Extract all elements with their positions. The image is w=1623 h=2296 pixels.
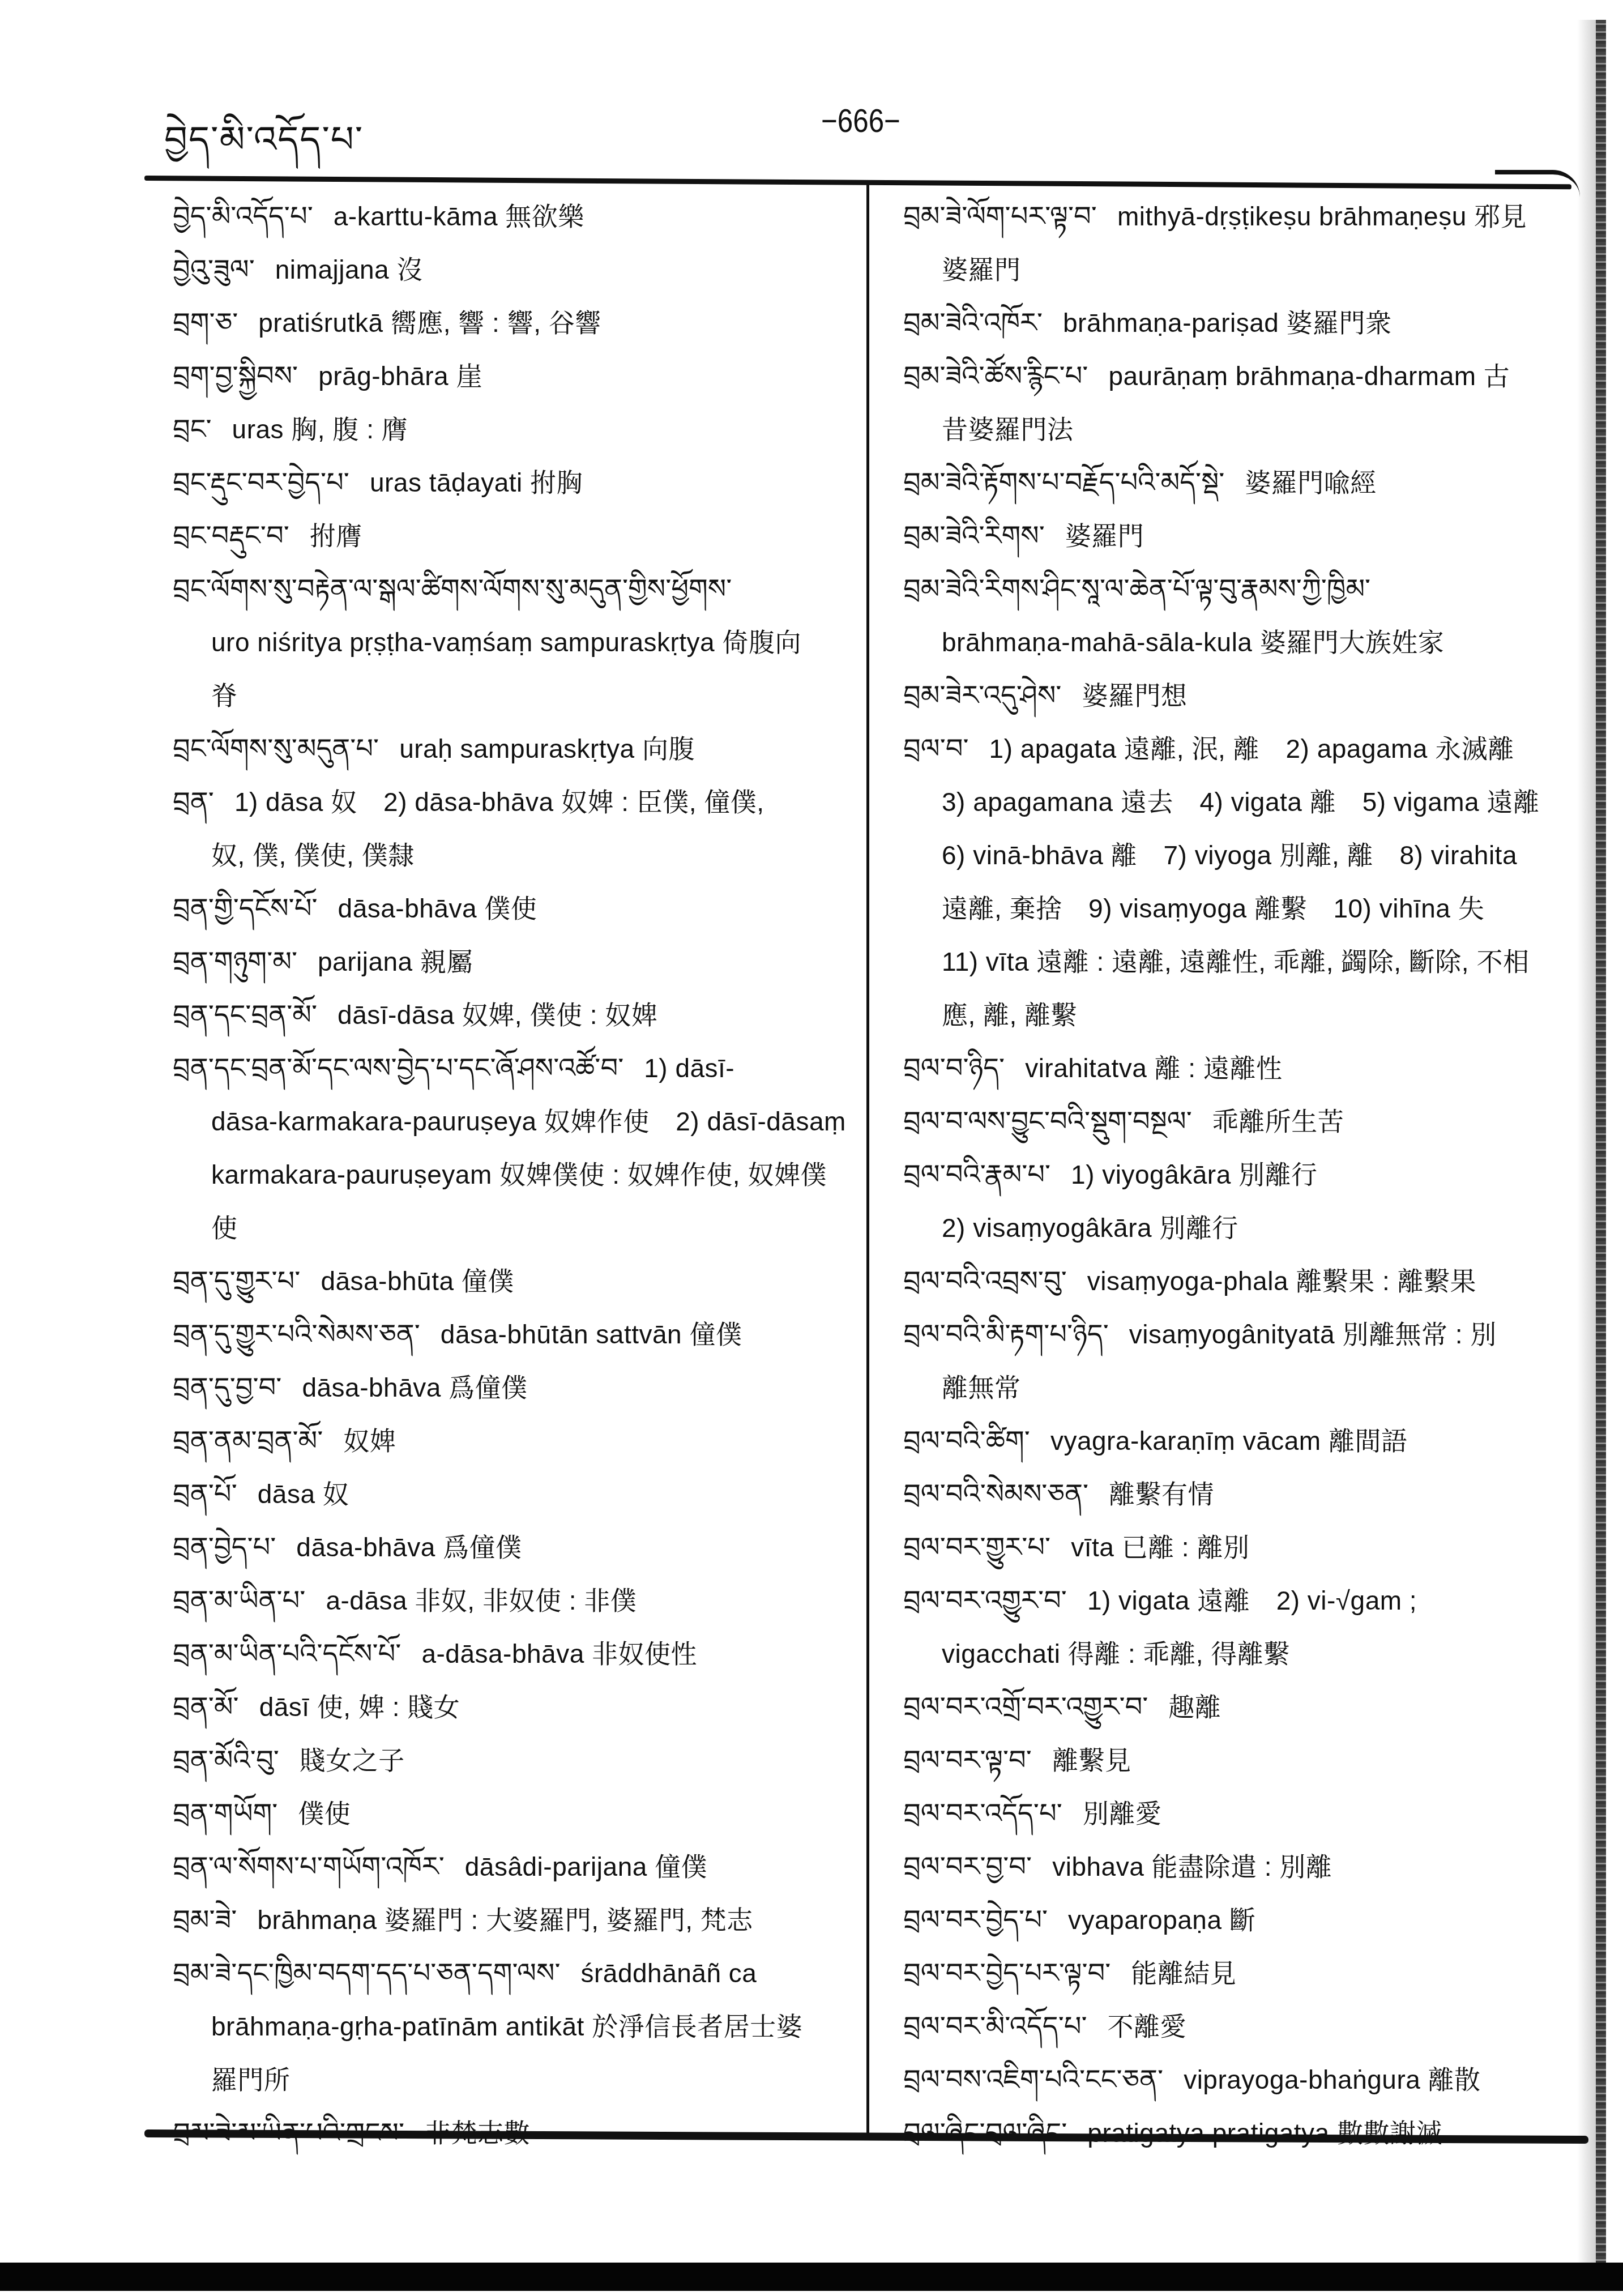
tibetan-headword: བྲང་	[173, 413, 212, 445]
tibetan-headword: བྲང་ལོགས་སུ་བརྟེན་ལ་སྒལ་ཚིགས་ལོགས་སུ་མདུ…	[173, 573, 732, 605]
entry-first-line: བྲམ་ཟེའི་རྟོགས་པ་བརྗོད་པའི་མདོ་སྡེ་婆羅門喩經	[903, 456, 1583, 509]
dictionary-entry: བྲན་ལ་སོགས་པ་གཡོག་འཁོར་dāsâdi-parijana 僮…	[173, 1840, 852, 1893]
entry-first-line: བྲན་པོ་dāsa 奴	[173, 1467, 852, 1521]
definition-text: uro niśritya pṛṣṭha-vaṃśaṃ sampuraskṛtya…	[211, 628, 801, 657]
tibetan-headword: བྲལ་བར་མི་འདོད་པ་	[903, 2011, 1087, 2042]
tibetan-headword: བྲལ་བར་འདོད་པ་	[903, 1798, 1062, 1829]
entry-continuation-line: 離無常	[903, 1361, 1583, 1414]
definition-text: mithyā-dṛṣṭikeṣu brāhmaṇeṣu 邪見	[1117, 202, 1527, 231]
definition-text: dāsâdi-parijana 僮僕	[465, 1852, 707, 1881]
entry-first-line: བྲག་བྱ་སྐྱིབས་prāg-bhāra 崖	[173, 349, 852, 403]
entry-continuation-line: 婆羅門	[903, 243, 1583, 296]
entry-continuation-line: dāsa-karmakara-pauruṣeya 奴婢作使 2) dāsī-dā…	[173, 1095, 852, 1148]
dictionary-entry: བྲན་དང་བྲན་མོ་དང་ལས་བྱེད་པ་དང་ཞོ་ཤས་འཚོ་…	[173, 1042, 852, 1254]
dictionary-entry: བྲན་དང་བྲན་མོ་dāsī-dāsa 奴婢, 僕使 : 奴婢	[173, 988, 852, 1042]
tibetan-headword: བྲན་གྱི་དངོས་པོ་	[173, 893, 318, 924]
definition-text: vyagra-karaṇīṃ vācam 離間語	[1050, 1426, 1408, 1456]
entry-first-line: བྲན་མ་ཡིན་པ་a-dāsa 非奴, 非奴使 : 非僕	[173, 1574, 852, 1627]
definition-text: karmakara-pauruṣeyam 奴婢僕使 : 奴婢作使, 奴婢僕	[211, 1160, 827, 1189]
entry-continuation-line: 昔婆羅門法	[903, 403, 1583, 456]
definition-text: 奴, 僕, 僕使, 僕隸	[211, 840, 415, 870]
tibetan-headword: བྲན་མ་ཡིན་པ་	[173, 1585, 305, 1616]
definition-text: śrāddhānāñ ca	[580, 1958, 757, 1988]
dictionary-entry: བྲན་པོ་dāsa 奴	[173, 1467, 852, 1521]
tibetan-headword: བྲམ་ཟེའི་འཁོར་	[903, 307, 1043, 339]
definition-text: 遠離, 棄捨 9) visaṃyoga 離繫 10) vihīna 失	[942, 894, 1484, 923]
entry-first-line: བྲན་ནམ་བྲན་མོ་奴婢	[173, 1414, 852, 1467]
definition-text: 1) viyogâkāra 別離行	[1071, 1160, 1317, 1189]
dictionary-entry: བྲལ་བ་ལས་བྱུང་བའི་སྡུག་བསྔལ་乖離所生苦	[903, 1095, 1583, 1148]
dictionary-entry: བྲག་ཅ་pratiśrutkā 嚮應, 響 : 響, 谷響	[173, 296, 852, 349]
entry-first-line: བྲལ་བ་1) apagata 遠離, 泯, 離 2) apagama 永滅離	[903, 722, 1583, 775]
tibetan-headword: བྲམ་ཟེ་	[173, 1904, 237, 1936]
definition-text: 乖離所生苦	[1212, 1107, 1344, 1136]
definition-text: 使	[211, 1213, 238, 1243]
dictionary-page: བྱེད་མི་འདོད་པ་ −666− བྱེད་མི་འདོད་པ་a-k…	[0, 0, 1623, 2296]
definition-text: 離繫見	[1052, 1746, 1131, 1775]
definition-text: visaṃyogânityatā 別離無常 : 別	[1129, 1320, 1497, 1349]
definition-text: 婆羅門	[942, 255, 1021, 284]
definition-text: 不離愛	[1108, 2012, 1187, 2041]
entry-first-line: བྲམ་ཟེ་brāhmaṇa 婆羅門 : 大婆羅門, 婆羅門, 梵志	[173, 1893, 852, 1947]
entry-first-line: བྲལ་བར་བྱེད་པར་ལྟ་བ་能離結見	[903, 1947, 1583, 2000]
definition-text: 脊	[211, 681, 238, 710]
definition-text: dāsa-karmakara-pauruṣeya 奴婢作使 2) dāsī-dā…	[211, 1107, 846, 1136]
entry-first-line: བྲན་དང་བྲན་མོ་dāsī-dāsa 奴婢, 僕使 : 奴婢	[173, 988, 852, 1042]
entry-first-line: བྲལ་བར་བྱ་བ་vibhava 能盡除遣 : 別離	[903, 1840, 1583, 1893]
definition-text: 婆羅門	[1065, 521, 1144, 550]
definition-text: 離無常	[942, 1373, 1021, 1402]
entry-first-line: བྲལ་བས་འཇིག་པའི་ངང་ཅན་viprayoga-bhaṅgura…	[903, 2053, 1583, 2106]
tibetan-headword: བྲལ་བའི་ཚིག་	[903, 1425, 1030, 1457]
tibetan-headword: བྲལ་བའི་མི་རྟག་པ་ཉིད་	[903, 1318, 1109, 1350]
definition-text: 1) vigata 遠離 2) vi-√gam ;	[1087, 1586, 1417, 1615]
dictionary-entry: བྲན་དུ་བྱ་བ་dāsa-bhāva 爲僮僕	[173, 1361, 852, 1414]
dictionary-entry: བྲམ་ཟེའི་རིགས་婆羅門	[903, 509, 1583, 562]
page-number: −666−	[821, 102, 900, 140]
scan-edge	[1596, 20, 1606, 2263]
definition-text: 離繫有情	[1109, 1479, 1214, 1509]
tibetan-headword: བྲང་བརྡུང་བ་	[173, 520, 289, 552]
tibetan-headword: བྲམ་ཟེར་འདུ་ཤེས་	[903, 680, 1061, 711]
tibetan-headword: བྲལ་བའི་འབྲས་བུ་	[903, 1265, 1067, 1297]
tibetan-headword: བྲལ་བ་	[903, 733, 969, 765]
dictionary-entry: བྲལ་བར་བྱེད་པ་vyaparopaṇa 斷	[903, 1893, 1583, 1947]
definition-text: brāhmaṇa-mahā-sāla-kula 婆羅門大族姓家	[942, 628, 1444, 657]
entry-continuation-line: 脊	[173, 669, 852, 722]
tibetan-headword: བྱེའུ་ཟུལ་	[173, 254, 255, 285]
entry-first-line: བྲན་དང་བྲན་མོ་དང་ལས་བྱེད་པ་དང་ཞོ་ཤས་འཚོ་…	[173, 1042, 852, 1095]
dictionary-entry: བྱེའུ་ཟུལ་nimajjana 沒	[173, 243, 852, 296]
tibetan-headword: བྲལ་བར་བྱེད་པར་ལྟ་བ་	[903, 1957, 1111, 1989]
definition-text: vyaparopaṇa 斷	[1068, 1905, 1255, 1935]
entry-first-line: བྲམ་ཟེའི་ཚོས་རྙིང་པ་paurāṇaṃ brāhmaṇa-dh…	[903, 349, 1583, 403]
definition-text: uras 胸, 腹 : 膺	[232, 415, 408, 444]
entry-first-line: བྲང་uras 胸, 腹 : 膺	[173, 403, 852, 456]
dictionary-entry: བྲལ་བར་འགྲོ་བར་འགྱུར་བ་趣離	[903, 1680, 1583, 1734]
tibetan-headword: བྲན་པོ་	[173, 1478, 237, 1510]
dictionary-entry: བྱེད་མི་འདོད་པ་a-karttu-kāma 無欲樂	[173, 190, 852, 243]
dictionary-entry: བྲལ་བའི་མི་རྟག་པ་ཉིད་visaṃyogânityatā 別離…	[903, 1308, 1583, 1414]
entry-first-line: བྲན་བྱེད་པ་dāsa-bhāva 爲僮僕	[173, 1521, 852, 1574]
entry-continuation-line: 羅門所	[173, 2053, 852, 2106]
definition-text: dāsa 奴	[258, 1479, 349, 1509]
tibetan-headword: བྱེད་མི་འདོད་པ་	[173, 200, 313, 232]
left-column: བྱེད་མི་འདོད་པ་a-karttu-kāma 無欲樂བྱེའུ་ཟུ…	[173, 190, 852, 2160]
definition-text: pratiśrutkā 嚮應, 響 : 響, 谷響	[258, 308, 601, 338]
entry-first-line: བྲང་ལོགས་སུ་བརྟེན་ལ་སྒལ་ཚིགས་ལོགས་སུ་མདུ…	[173, 562, 852, 616]
dictionary-entry: བྲམ་ཟེར་འདུ་ཤེས་婆羅門想	[903, 669, 1583, 722]
dictionary-entry: བྲམ་ཟེའི་འཁོར་brāhmaṇa-pariṣad 婆羅門衆	[903, 296, 1583, 349]
tibetan-headword: བྲན་དུ་གྱུར་པའི་སེམས་ཅན་	[173, 1318, 420, 1350]
definition-text: 11) vīta 遠離 : 遠離, 遠離性, 乖離, 蠲除, 斷除, 不相	[942, 947, 1529, 976]
entry-first-line: བྲལ་བའི་ཚིག་vyagra-karaṇīṃ vācam 離間語	[903, 1414, 1583, 1467]
tibetan-headword: བྲན་བྱེད་པ་	[173, 1531, 276, 1563]
entry-continuation-line: vigacchati 得離 : 乖離, 得離繫	[903, 1627, 1583, 1680]
tibetan-headword: བྲལ་བར་འགྲོ་བར་འགྱུར་བ་	[903, 1691, 1148, 1723]
tibetan-headword: བྲལ་བས་འཇིག་པའི་ངང་ཅན་	[903, 2064, 1163, 2096]
definition-text: dāsī-dāsa 奴婢, 僕使 : 奴婢	[338, 1000, 657, 1030]
dictionary-entry: བྲམ་ཟེ་དང་ཁྱིམ་བདག་དད་པ་ཅན་དག་ལས་śrāddhā…	[173, 1947, 852, 2106]
definition-text: 奴婢	[343, 1426, 396, 1456]
dictionary-entry: བྲང་uras 胸, 腹 : 膺	[173, 403, 852, 456]
entry-first-line: བྲལ་བར་མི་འདོད་པ་不離愛	[903, 2000, 1583, 2053]
definition-text: dāsa-bhūtān sattvān 僮僕	[441, 1320, 742, 1349]
definition-text: nimajjana 沒	[275, 255, 423, 284]
tibetan-headword: བྲག་ཅ་	[173, 307, 238, 339]
scan-bottom-bar	[0, 2263, 1623, 2291]
dictionary-entry: བྲན་1) dāsa 奴 2) dāsa-bhāva 奴婢 : 臣僕, 僮僕,…	[173, 775, 852, 882]
dictionary-entry: བྲང་བརྡུང་བ་拊膺	[173, 509, 852, 562]
definition-text: 賤女之子	[300, 1746, 405, 1775]
definition-text: 能離結見	[1131, 1958, 1236, 1988]
definition-text: brāhmaṇa-gṛha-patīnām antikāt 於淨信長者居士婆	[211, 2012, 802, 2041]
entry-first-line: བྲལ་བར་གྱུར་པ་vīta 已離 : 離別	[903, 1521, 1583, 1574]
definition-text: uras tāḍayati 拊胸	[370, 468, 583, 497]
dictionary-entry: བྲལ་བར་གྱུར་པ་vīta 已離 : 離別	[903, 1521, 1583, 1574]
dictionary-entry: བྲག་བྱ་སྐྱིབས་prāg-bhāra 崖	[173, 349, 852, 403]
definition-text: a-karttu-kāma 無欲樂	[334, 202, 584, 231]
right-column: བྲམ་ཟེ་ལོག་པར་ལྟ་བ་mithyā-dṛṣṭikeṣu brāh…	[903, 190, 1583, 2160]
entry-continuation-line: uro niśritya pṛṣṭha-vaṃśaṃ sampuraskṛtya…	[173, 616, 852, 669]
tibetan-headword: བྲམ་ཟེ་ལོག་པར་ལྟ་བ་	[903, 200, 1097, 232]
tibetan-headword: བྲན་དུ་གྱུར་པ་	[173, 1265, 300, 1297]
entry-first-line: བྲང་བརྡུང་བ་拊膺	[173, 509, 852, 562]
dictionary-entry: བྲན་མོའི་བུ་賤女之子	[173, 1734, 852, 1787]
dictionary-entry: བྲལ་བར་ལྟ་བ་離繫見	[903, 1734, 1583, 1787]
tibetan-headword: བྲམ་ཟེའི་རིགས་	[903, 520, 1045, 552]
entry-continuation-line: brāhmaṇa-mahā-sāla-kula 婆羅門大族姓家	[903, 616, 1583, 669]
tibetan-headword: བྲང་རྡུང་བར་བྱེད་པ་	[173, 467, 349, 498]
definition-text: 1) apagata 遠離, 泯, 離 2) apagama 永滅離	[989, 734, 1514, 763]
definition-text: 僕使	[298, 1799, 351, 1828]
tibetan-headword: བྲག་བྱ་སྐྱིབས་	[173, 360, 298, 392]
dictionary-entry: བྲན་མ་ཡིན་པ་a-dāsa 非奴, 非奴使 : 非僕	[173, 1574, 852, 1627]
entry-continuation-line: 2) visaṃyogâkāra 別離行	[903, 1201, 1583, 1254]
definition-text: 拊膺	[310, 521, 362, 550]
dictionary-entry: བྲན་གཉུག་མ་parijana 親屬	[173, 935, 852, 988]
dictionary-entry: བྲལ་བའི་འབྲས་བུ་visaṃyoga-phala 離繫果 : 離繫…	[903, 1254, 1583, 1308]
tibetan-headword: བྲན་གཡོག་	[173, 1798, 277, 1829]
definition-text: 1) dāsa 奴 2) dāsa-bhāva 奴婢 : 臣僕, 僮僕,	[234, 787, 764, 817]
entry-first-line: བྲལ་བ་ཉིད་virahitatva 離 : 遠離性	[903, 1042, 1583, 1095]
dictionary-entry: བྲན་མ་ཡིན་པའི་དངོས་པོ་a-dāsa-bhāva 非奴使性	[173, 1627, 852, 1680]
entry-first-line: བྲན་གཡོག་僕使	[173, 1787, 852, 1840]
definition-text: dāsa-bhāva 爲僮僕	[296, 1533, 522, 1562]
tibetan-headword: བྲལ་བ་ཉིད་	[903, 1052, 1005, 1084]
entry-first-line: བྱེད་མི་འདོད་པ་a-karttu-kāma 無欲樂	[173, 190, 852, 243]
definition-text: 應, 離, 離繫	[942, 1000, 1077, 1030]
dictionary-entry: བྲལ་བར་མི་འདོད་པ་不離愛	[903, 2000, 1583, 2053]
entry-first-line: བྲལ་བའི་མི་རྟག་པ་ཉིད་visaṃyogânityatā 別離…	[903, 1308, 1583, 1361]
definition-text: a-dāsa 非奴, 非奴使 : 非僕	[326, 1586, 637, 1615]
column-divider	[866, 181, 869, 2135]
definition-text: 羅門所	[211, 2065, 291, 2094]
definition-text: brāhmaṇa-pariṣad 婆羅門衆	[1063, 308, 1392, 338]
entry-first-line: བྲན་མོའི་བུ་賤女之子	[173, 1734, 852, 1787]
entry-continuation-line: 使	[173, 1201, 852, 1254]
dictionary-entry: བྲལ་བ་ཉིད་virahitatva 離 : 遠離性	[903, 1042, 1583, 1095]
entry-first-line: བྲན་གཉུག་མ་parijana 親屬	[173, 935, 852, 988]
dictionary-entry: བྲམ་ཟེ་brāhmaṇa 婆羅門 : 大婆羅門, 婆羅門, 梵志	[173, 1893, 852, 1947]
dictionary-entry: བྲན་དུ་གྱུར་པའི་སེམས་ཅན་dāsa-bhūtān satt…	[173, 1308, 852, 1361]
tibetan-headword: བྲན་མོའི་བུ་	[173, 1744, 279, 1776]
dictionary-entry: བྲང་ལོགས་སུ་མདུན་པ་uraḥ sampuraskṛtya 向腹	[173, 722, 852, 775]
entry-first-line: བྲམ་ཟེའི་རིགས་ཤིང་སཱ་ལ་ཆེན་པོ་ལྟ་བུ་རྣམས…	[903, 562, 1583, 616]
definition-text: paurāṇaṃ brāhmaṇa-dharmam 古	[1108, 361, 1510, 391]
definition-text: 6) vinā-bhāva 離 7) viyoga 別離, 離 8) virah…	[942, 840, 1517, 870]
tibetan-headword: བྲལ་བར་ལྟ་བ་	[903, 1744, 1032, 1776]
entry-first-line: བྲམ་ཟེའི་རིགས་婆羅門	[903, 509, 1583, 562]
dictionary-entry: བྲན་གྱི་དངོས་པོ་dāsa-bhāva 僕使	[173, 882, 852, 935]
definition-text: prāg-bhāra 崖	[318, 361, 482, 391]
dictionary-entry: བྲལ་བར་འགྱུར་བ་1) vigata 遠離 2) vi-√gam ;…	[903, 1574, 1583, 1680]
definition-text: uraḥ sampuraskṛtya 向腹	[399, 734, 695, 763]
dictionary-entry: བྲམ་ཟེའི་རྟོགས་པ་བརྗོད་པའི་མདོ་སྡེ་婆羅門喩經	[903, 456, 1583, 509]
definition-text: 2) visaṃyogâkāra 別離行	[942, 1213, 1238, 1243]
dictionary-entry: བྲམ་ཟེའི་ཚོས་རྙིང་པ་paurāṇaṃ brāhmaṇa-dh…	[903, 349, 1583, 456]
definition-text: a-dāsa-bhāva 非奴使性	[421, 1639, 697, 1668]
tibetan-headword: བྲན་དང་བྲན་མོ་	[173, 999, 317, 1031]
tibetan-headword: བྲལ་བར་གྱུར་པ་	[903, 1531, 1050, 1563]
tibetan-headword: བྲམ་ཟེ་དང་ཁྱིམ་བདག་དད་པ་ཅན་དག་ལས་	[173, 1957, 560, 1989]
entry-first-line: བྲན་གྱི་དངོས་པོ་dāsa-bhāva 僕使	[173, 882, 852, 935]
entry-first-line: བྲལ་བར་བྱེད་པ་vyaparopaṇa 斷	[903, 1893, 1583, 1947]
tibetan-headword: བྲན་	[173, 786, 214, 818]
entry-first-line: བྲན་མ་ཡིན་པའི་དངོས་པོ་a-dāsa-bhāva 非奴使性	[173, 1627, 852, 1680]
dictionary-entry: བྲན་གཡོག་僕使	[173, 1787, 852, 1840]
tibetan-headword: བྲན་ལ་སོགས་པ་གཡོག་འཁོར་	[173, 1851, 445, 1883]
entry-first-line: བྲང་ལོགས་སུ་མདུན་པ་uraḥ sampuraskṛtya 向腹	[173, 722, 852, 775]
entry-first-line: བྲམ་ཟེ་དང་ཁྱིམ་བདག་དད་པ་ཅན་དག་ལས་śrāddhā…	[173, 1947, 852, 2000]
definition-text: visaṃyoga-phala 離繫果 : 離繫果	[1087, 1266, 1476, 1296]
dictionary-entry: བྲན་མོ་dāsī 使, 婢 : 賤女	[173, 1680, 852, 1734]
entry-continuation-line: karmakara-pauruṣeyam 奴婢僕使 : 奴婢作使, 奴婢僕	[173, 1148, 852, 1201]
dictionary-entry: བྲལ་བའི་རྣམ་པ་1) viyogâkāra 別離行2) visaṃy…	[903, 1148, 1583, 1254]
dictionary-entry: བྲན་དུ་གྱུར་པ་dāsa-bhūta 僮僕	[173, 1254, 852, 1308]
definition-text: parijana 親屬	[318, 947, 473, 976]
entry-first-line: བྲན་ལ་སོགས་པ་གཡོག་འཁོར་dāsâdi-parijana 僮…	[173, 1840, 852, 1893]
definition-text: dāsa-bhūta 僮僕	[321, 1266, 514, 1296]
tibetan-headword: བྲང་ལོགས་སུ་མདུན་པ་	[173, 733, 379, 765]
tibetan-headword: བྲན་མ་ཡིན་པའི་དངོས་པོ་	[173, 1638, 401, 1670]
entry-first-line: བྲལ་བར་འདོད་པ་別離愛	[903, 1787, 1583, 1840]
dictionary-entry: བྲམ་ཟེའི་རིགས་ཤིང་སཱ་ལ་ཆེན་པོ་ལྟ་བུ་རྣམས…	[903, 562, 1583, 669]
entry-continuation-line: 11) vīta 遠離 : 遠離, 遠離性, 乖離, 蠲除, 斷除, 不相	[903, 935, 1583, 988]
definition-text: 婆羅門想	[1082, 681, 1187, 710]
definition-text: 昔婆羅門法	[942, 415, 1074, 444]
dictionary-entry: བྲལ་བ་1) apagata 遠離, 泯, 離 2) apagama 永滅離…	[903, 722, 1583, 1042]
entry-first-line: བྲལ་བར་འགྲོ་བར་འགྱུར་བ་趣離	[903, 1680, 1583, 1734]
entry-continuation-line: 3) apagamana 遠去 4) vigata 離 5) vigama 遠離	[903, 775, 1583, 829]
tibetan-headword: བྲལ་བར་འགྱུར་བ་	[903, 1585, 1067, 1616]
entry-first-line: བྲན་དུ་གྱུར་པའི་སེམས་ཅན་dāsa-bhūtān satt…	[173, 1308, 852, 1361]
entry-continuation-line: 應, 離, 離繫	[903, 988, 1583, 1042]
definition-text: 3) apagamana 遠去 4) vigata 離 5) vigama 遠離	[942, 787, 1539, 817]
tibetan-headword: བྲམ་ཟེའི་རིགས་ཤིང་སཱ་ལ་ཆེན་པོ་ལྟ་བུ་རྣམས…	[903, 573, 1370, 605]
scan-shadow	[1577, 20, 1596, 2263]
definition-text: dāsa-bhāva 爲僮僕	[302, 1373, 527, 1402]
definition-text: 趣離	[1168, 1692, 1221, 1722]
definition-text: 婆羅門喩經	[1245, 468, 1377, 497]
entry-first-line: བྲལ་བར་འགྱུར་བ་1) vigata 遠離 2) vi-√gam ;	[903, 1574, 1583, 1627]
entry-first-line: བྲལ་བ་ལས་བྱུང་བའི་སྡུག་བསྔལ་乖離所生苦	[903, 1095, 1583, 1148]
entry-first-line: བྲལ་བའི་འབྲས་བུ་visaṃyoga-phala 離繫果 : 離繫…	[903, 1254, 1583, 1308]
tibetan-headword: བྲལ་བ་ལས་བྱུང་བའི་སྡུག་བསྔལ་	[903, 1106, 1192, 1137]
entry-first-line: བྲན་དུ་བྱ་བ་dāsa-bhāva 爲僮僕	[173, 1361, 852, 1414]
dictionary-entry: བྲལ་བར་འདོད་པ་別離愛	[903, 1787, 1583, 1840]
tibetan-headword: བྲན་ནམ་བྲན་མོ་	[173, 1425, 323, 1457]
entry-first-line: བྲམ་ཟེ་ལོག་པར་ལྟ་བ་mithyā-dṛṣṭikeṣu brāh…	[903, 190, 1583, 243]
entry-first-line: བྱེའུ་ཟུལ་nimajjana 沒	[173, 243, 852, 296]
tibetan-headword: བྲམ་ཟེའི་ཚོས་རྙིང་པ་	[903, 360, 1088, 392]
entry-first-line: བྲལ་བའི་སེམས་ཅན་離繫有情	[903, 1467, 1583, 1521]
entry-continuation-line: 遠離, 棄捨 9) visaṃyoga 離繫 10) vihīna 失	[903, 882, 1583, 935]
dictionary-entry: བྲལ་བར་བྱེད་པར་ལྟ་བ་能離結見	[903, 1947, 1583, 2000]
tibetan-headword: བྲན་མོ་	[173, 1691, 239, 1723]
definition-text: 別離愛	[1083, 1799, 1162, 1828]
tibetan-headword: བྲན་དང་བྲན་མོ་དང་ལས་བྱེད་པ་དང་ཞོ་ཤས་འཚོ་…	[173, 1052, 623, 1084]
dictionary-entry: བྲལ་བར་བྱ་བ་vibhava 能盡除遣 : 別離	[903, 1840, 1583, 1893]
dictionary-entry: བྲམ་ཟེ་ལོག་པར་ལྟ་བ་mithyā-dṛṣṭikeṣu brāh…	[903, 190, 1583, 296]
entry-first-line: བྲག་ཅ་pratiśrutkā 嚮應, 響 : 響, 谷響	[173, 296, 852, 349]
entry-first-line: བྲལ་བའི་རྣམ་པ་1) viyogâkāra 別離行	[903, 1148, 1583, 1201]
definition-text: dāsī 使, 婢 : 賤女	[259, 1692, 460, 1722]
dictionary-entry: བྲལ་བའི་སེམས་ཅན་離繫有情	[903, 1467, 1583, 1521]
entry-first-line: བྲན་དུ་གྱུར་པ་dāsa-bhūta 僮僕	[173, 1254, 852, 1308]
entry-first-line: བྲམ་ཟེའི་འཁོར་brāhmaṇa-pariṣad 婆羅門衆	[903, 296, 1583, 349]
definition-text: vigacchati 得離 : 乖離, 得離繫	[942, 1639, 1290, 1668]
tibetan-headword: བྲལ་བའི་རྣམ་པ་	[903, 1159, 1050, 1190]
definition-text: vibhava 能盡除遣 : 別離	[1052, 1852, 1332, 1881]
dictionary-entry: བྲན་ནམ་བྲན་མོ་奴婢	[173, 1414, 852, 1467]
definition-text: vīta 已離 : 離別	[1071, 1533, 1249, 1562]
entry-continuation-line: 奴, 僕, 僕使, 僕隸	[173, 829, 852, 882]
entry-continuation-line: brāhmaṇa-gṛha-patīnām antikāt 於淨信長者居士婆	[173, 2000, 852, 2053]
definition-text: dāsa-bhāva 僕使	[338, 894, 537, 923]
tibetan-headword: བྲལ་བར་བྱེད་པ་	[903, 1904, 1048, 1936]
entry-first-line: བྲན་མོ་dāsī 使, 婢 : 賤女	[173, 1680, 852, 1734]
definition-text: pratigatya pratigatya 數數謝滅	[1087, 2118, 1442, 2148]
tibetan-headword: བྲམ་ཟེའི་རྟོགས་པ་བརྗོད་པའི་མདོ་སྡེ་	[903, 467, 1224, 498]
dictionary-entry: བྲལ་བའི་ཚིག་vyagra-karaṇīṃ vācam 離間語	[903, 1414, 1583, 1467]
running-head: བྱེད་མི་འདོད་པ་	[164, 99, 364, 201]
definition-text: viprayoga-bhaṅgura 離散	[1184, 2065, 1480, 2094]
entry-first-line: བྲན་1) dāsa 奴 2) dāsa-bhāva 奴婢 : 臣僕, 僮僕,	[173, 775, 852, 829]
dictionary-entry: བྲང་ལོགས་སུ་བརྟེན་ལ་སྒལ་ཚིགས་ལོགས་སུ་མདུ…	[173, 562, 852, 722]
definition-text: 1) dāsī-	[644, 1053, 734, 1083]
entry-first-line: བྲམ་ཟེར་འདུ་ཤེས་婆羅門想	[903, 669, 1583, 722]
entry-first-line: བྲང་རྡུང་བར་བྱེད་པ་uras tāḍayati 拊胸	[173, 456, 852, 509]
dictionary-entry: བྲན་བྱེད་པ་dāsa-bhāva 爲僮僕	[173, 1521, 852, 1574]
tibetan-headword: བྲལ་བར་བྱ་བ་	[903, 1851, 1032, 1883]
dictionary-entry: བྲང་རྡུང་བར་བྱེད་པ་uras tāḍayati 拊胸	[173, 456, 852, 509]
definition-text: virahitatva 離 : 遠離性	[1025, 1053, 1282, 1083]
tibetan-headword: བྲན་དུ་བྱ་བ་	[173, 1372, 281, 1403]
definition-text: brāhmaṇa 婆羅門 : 大婆羅門, 婆羅門, 梵志	[257, 1905, 753, 1935]
entry-first-line: བྲལ་བར་ལྟ་བ་離繫見	[903, 1734, 1583, 1787]
dictionary-entry: བྲལ་བས་འཇིག་པའི་ངང་ཅན་viprayoga-bhaṅgura…	[903, 2053, 1583, 2106]
tibetan-headword: བྲན་གཉུག་མ་	[173, 946, 297, 978]
entry-continuation-line: 6) vinā-bhāva 離 7) viyoga 別離, 離 8) virah…	[903, 829, 1583, 882]
tibetan-headword: བྲལ་བའི་སེམས་ཅན་	[903, 1478, 1088, 1510]
